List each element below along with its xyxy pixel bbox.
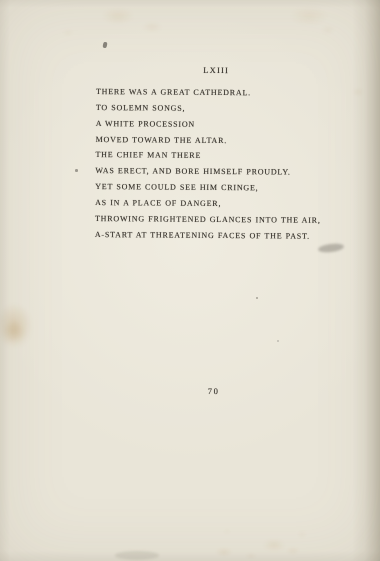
ink-speck (75, 169, 78, 172)
poem-line: A WHITE PROCESSION (96, 116, 356, 134)
book-page: LXIII THERE WAS A GREAT CATHEDRAL. TO SO… (0, 0, 380, 561)
section-number-heading: LXIII (96, 63, 336, 77)
page-edge-shading (0, 0, 10, 561)
page-content: LXIII THERE WAS A GREAT CATHEDRAL. TO SO… (92, 0, 336, 561)
poem-line: A-START AT THREATENING FACES OF THE PAST… (95, 227, 355, 245)
page-edge-shading (0, 551, 380, 561)
poem: THERE WAS A GREAT CATHEDRAL. TO SOLEMN S… (95, 84, 356, 244)
poem-line: AS IN A PLACE OF DANGER, (95, 195, 355, 213)
poem-line: THERE WAS A GREAT CATHEDRAL. (96, 84, 356, 102)
foxing-stain (60, 28, 76, 37)
page-number: 70 (94, 384, 334, 398)
poem-line: THROWING FRIGHTENED GLANCES INTO THE AIR… (95, 211, 355, 229)
page-edge-shadow (352, 0, 380, 561)
poem-line: TO SOLEMN SONGS, (96, 100, 356, 118)
poem-line: YET SOME COULD SEE HIM CRINGE, (95, 179, 355, 197)
page-edge-shading (0, 0, 380, 8)
